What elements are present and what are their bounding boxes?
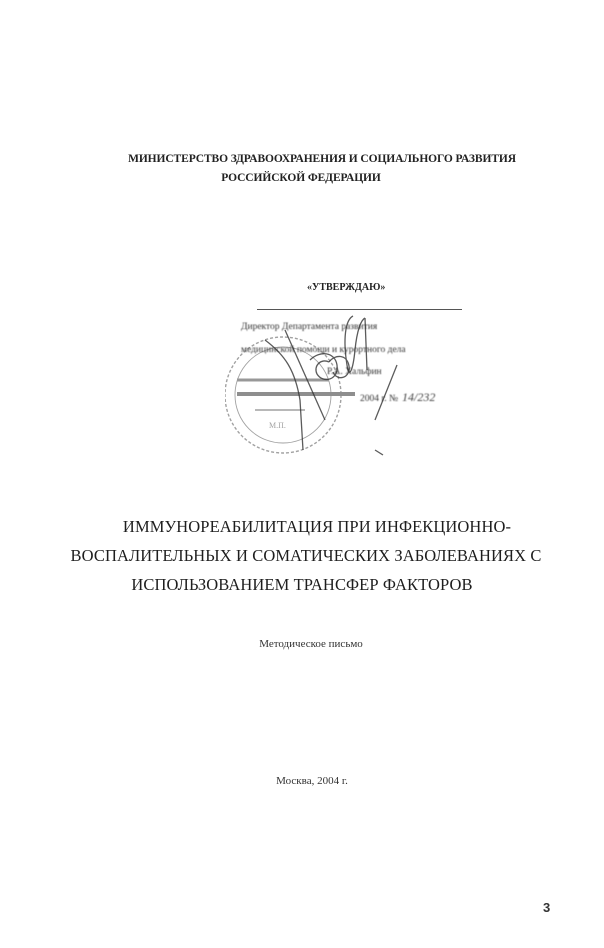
- document-title-line1: Иммунореабилитация при инфекционно-: [0, 512, 604, 541]
- ministry-name-line1: МИНИСТЕРСТВО ЗДРАВООХРАНЕНИЯ И СОЦИАЛЬНО…: [0, 150, 604, 169]
- approver-position-line2: медицинской помощи и курортного дела: [241, 345, 406, 355]
- document-type: Методическое письмо: [0, 638, 604, 650]
- approval-block: «УТВЕРЖДАЮ» Директор Департамента развит…: [232, 282, 492, 462]
- approver-name: Р.А. Хальфин: [327, 367, 382, 377]
- document-page: МИНИСТЕРСТВО ЗДРАВООХРАНЕНИЯ И СОЦИАЛЬНО…: [0, 0, 604, 948]
- document-title-line2: воспалительных и соматических заболевани…: [0, 541, 604, 570]
- approval-title: «УТВЕРЖДАЮ»: [307, 282, 385, 293]
- document-title-line3: использованием трансфер факторов: [0, 570, 604, 599]
- approval-date-label: 2004 г. №: [360, 394, 398, 404]
- ministry-name-line2: РОССИЙСКОЙ ФЕДЕРАЦИИ: [0, 169, 604, 188]
- document-title: Иммунореабилитация при инфекционно- восп…: [0, 512, 604, 599]
- page-number: 3: [543, 900, 550, 915]
- ministry-header: МИНИСТЕРСТВО ЗДРАВООХРАНЕНИЯ И СОЦИАЛЬНО…: [0, 150, 604, 188]
- approval-document-number: 14/232: [402, 390, 435, 404]
- approver-position-line1: Директор Департамента развития: [241, 322, 377, 332]
- place-and-year: Москва, 2004 г.: [0, 775, 604, 787]
- approval-date-number: 2004 г. №14/232: [242, 390, 435, 405]
- approval-divider: [257, 309, 462, 310]
